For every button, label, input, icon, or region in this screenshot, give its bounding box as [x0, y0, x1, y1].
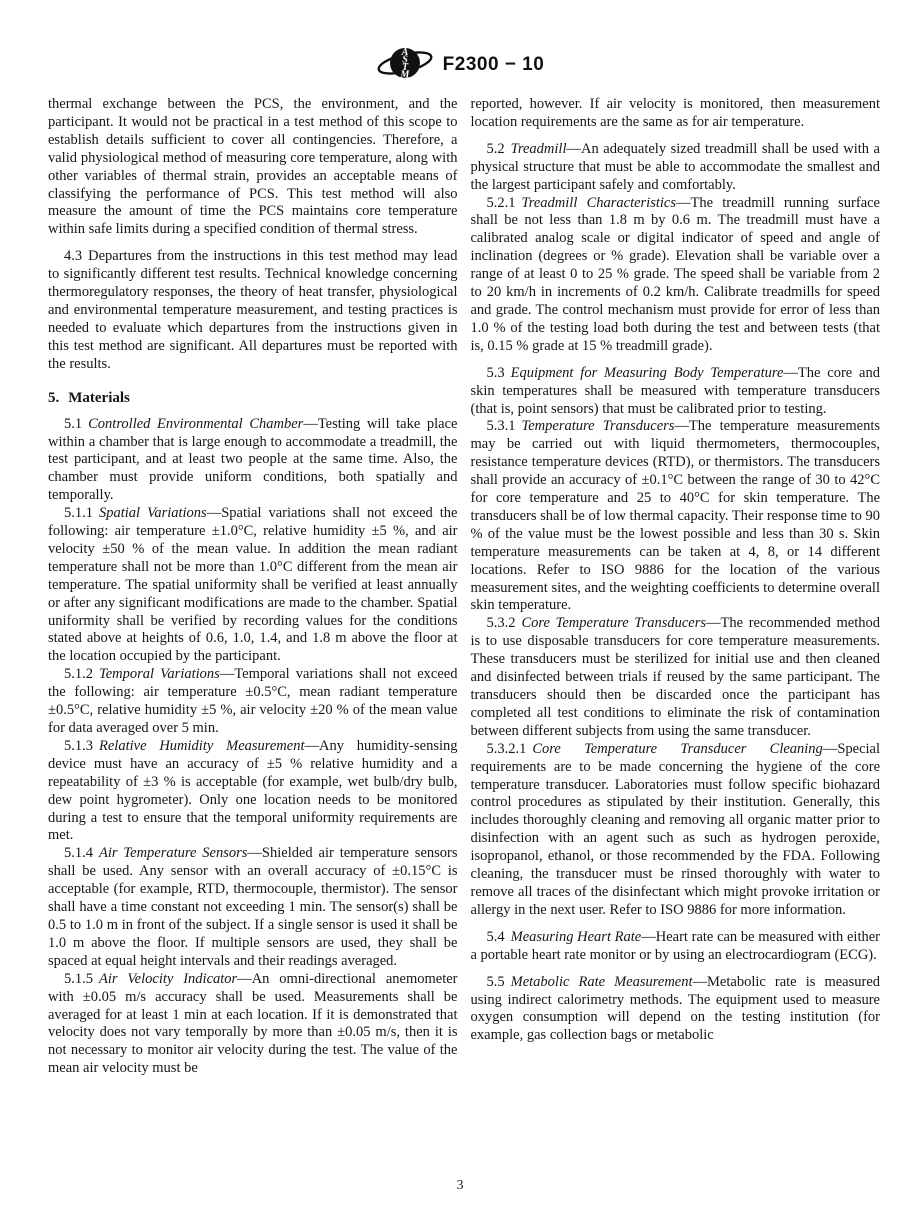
- clause-text: —Shielded air temperature sensors shall …: [48, 845, 458, 968]
- clause-5-1-2: 5.1.2Temporal Variations—Temporal variat…: [48, 666, 458, 738]
- clause-text: Departures from the instructions in this…: [48, 248, 458, 371]
- clause-4-3: 4.3Departures from the instructions in t…: [48, 248, 458, 373]
- clause-5-4: 5.4Measuring Heart Rate—Heart rate can b…: [471, 929, 881, 965]
- clause-text: —The temperature measurements may be car…: [471, 418, 881, 613]
- clause-title: Air Velocity Indicator: [99, 971, 237, 987]
- astm-logo-icon: A S T M: [376, 43, 434, 88]
- left-column: thermal exchange between the PCS, the en…: [48, 96, 458, 1078]
- svg-text:M: M: [399, 69, 410, 80]
- document-page: A S T M F2300 − 10 thermal exchange betw…: [0, 0, 920, 1232]
- clause-title: Measuring Heart Rate: [511, 929, 642, 945]
- document-number: F2300 − 10: [443, 54, 545, 76]
- right-column: reported, however. If air velocity is mo…: [471, 96, 881, 1078]
- clause-number: 5.2.1: [487, 195, 516, 211]
- clause-5-3: 5.3Equipment for Measuring Body Temperat…: [471, 365, 881, 419]
- clause-text: —The recommended method is to use dispos…: [471, 615, 881, 738]
- clause-5-5: 5.5Metabolic Rate Measurement—Metabolic …: [471, 974, 881, 1046]
- clause-number: 5.1.4: [64, 845, 93, 861]
- clause-number: 5.1.5: [64, 971, 93, 987]
- clause-number: 5.3.1: [487, 418, 516, 434]
- section-title: Materials: [68, 390, 130, 406]
- section-number: 5.: [48, 390, 59, 406]
- two-column-body: thermal exchange between the PCS, the en…: [0, 86, 920, 1078]
- clause-5-1-4: 5.1.4Air Temperature Sensors—Shielded ai…: [48, 845, 458, 970]
- clause-number: 5.3: [487, 365, 505, 381]
- clause-text: reported, however. If air velocity is mo…: [471, 96, 881, 130]
- clause-title: Spatial Variations: [99, 505, 207, 521]
- clause-text: —Special requirements are to be made con…: [471, 741, 881, 918]
- clause-title: Core Temperature Transducers: [522, 615, 707, 631]
- clause-number: 5.1.3: [64, 738, 93, 754]
- clause-title: Core Temperature Transducer Cleaning: [532, 741, 822, 757]
- clause-number: 5.1.2: [64, 666, 93, 682]
- clause-title: Equipment for Measuring Body Temperature: [511, 365, 784, 381]
- clause-number: 5.5: [487, 974, 505, 990]
- paragraph-continuation: reported, however. If air velocity is mo…: [471, 96, 881, 132]
- clause-title: Temporal Variations: [99, 666, 220, 682]
- clause-5-3-2-1: 5.3.2.1Core Temperature Transducer Clean…: [471, 741, 881, 920]
- clause-title: Relative Humidity Measurement: [99, 738, 305, 754]
- clause-5-3-2: 5.3.2Core Temperature Transducers—The re…: [471, 615, 881, 740]
- clause-text: —Spatial variations shall not exceed the…: [48, 505, 458, 664]
- clause-number: 5.4: [487, 929, 505, 945]
- clause-title: Temperature Transducers: [522, 418, 675, 434]
- page-header: A S T M F2300 − 10: [0, 44, 920, 86]
- clause-5-2: 5.2Treadmill—An adequately sized treadmi…: [471, 141, 881, 195]
- clause-text: —The treadmill running surface shall be …: [471, 195, 881, 354]
- page-number: 3: [0, 1178, 920, 1194]
- clause-5-3-1: 5.3.1Temperature Transducers—The tempera…: [471, 418, 881, 615]
- clause-number: 5.2: [487, 141, 505, 157]
- clause-number: 5.1.1: [64, 505, 93, 521]
- paragraph-continuation: thermal exchange between the PCS, the en…: [48, 96, 458, 239]
- clause-number: 5.3.2.1: [487, 741, 527, 757]
- clause-number: 5.3.2: [487, 615, 516, 631]
- clause-5-1: 5.1Controlled Environmental Chamber—Test…: [48, 416, 458, 506]
- clause-title: Treadmill Characteristics: [522, 195, 677, 211]
- clause-title: Air Temperature Sensors: [99, 845, 247, 861]
- clause-title: Treadmill: [511, 141, 567, 157]
- clause-title: Metabolic Rate Measurement: [511, 974, 693, 990]
- clause-title: Controlled Environmental Chamber: [88, 416, 303, 432]
- clause-5-1-5: 5.1.5Air Velocity Indicator—An omni-dire…: [48, 971, 458, 1078]
- clause-text: thermal exchange between the PCS, the en…: [48, 96, 458, 237]
- section-heading-materials: 5.Materials: [48, 389, 458, 407]
- clause-number: 5.1: [64, 416, 82, 432]
- clause-5-2-1: 5.2.1Treadmill Characteristics—The tread…: [471, 195, 881, 356]
- clause-number: 4.3: [64, 248, 82, 264]
- clause-5-1-3: 5.1.3Relative Humidity Measurement—Any h…: [48, 738, 458, 845]
- clause-5-1-1: 5.1.1Spatial Variations—Spatial variatio…: [48, 505, 458, 666]
